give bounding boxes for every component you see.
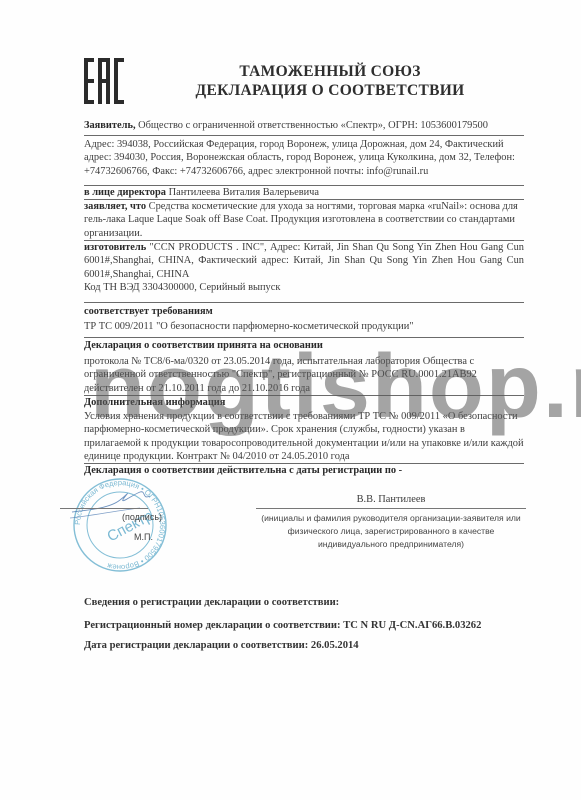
company-stamp: Российская Федерация • ОГРН1053600179500…: [70, 470, 170, 580]
divider: [84, 302, 524, 303]
divider: [84, 135, 524, 136]
registration-heading: Сведения о регистрации декларации о соот…: [84, 597, 339, 608]
requirements-row: ТР ТС 009/2011 "О безопасности парфюмерн…: [84, 320, 524, 333]
hs-code-row: Код ТН ВЭД 3304300000, Серийный выпуск: [84, 281, 524, 294]
basis-label: Декларация о соответствии принята на осн…: [84, 340, 323, 351]
address-block: Адрес: 394038, Российская Федерация, гор…: [84, 138, 524, 178]
declares-label: заявляет, что: [84, 201, 146, 212]
additional-value: Условия хранения продукции в соответстви…: [84, 411, 524, 462]
declaration-page: ТАМОЖЕННЫЙ СОЮЗ ДЕКЛАРАЦИЯ О СООТВЕТСТВИ…: [0, 0, 581, 800]
director-row: в лице директора Пантилеева Виталия Вале…: [84, 186, 524, 199]
signature-line: [60, 508, 148, 509]
basis-block: протокола № ТС8/6-ма/0320 от 23.05.2014 …: [84, 355, 524, 395]
address-value: Адрес: 394038, Российская Федерация, гор…: [84, 139, 515, 177]
requirements-label-row: соответствует требованиям: [84, 305, 524, 318]
requirements-value: ТР ТС 009/2011 "О безопасности парфюмерн…: [84, 321, 414, 332]
seal-label: М.П.: [134, 532, 153, 542]
applicant-value: Общество с ограниченной ответственностью…: [136, 120, 488, 131]
manufacturer-label: изготовитель: [84, 242, 146, 253]
additional-block: Условия хранения продукции в соответстви…: [84, 410, 524, 464]
declares-block: заявляет, что Средства косметические для…: [84, 200, 524, 240]
manufacturer-value: "CCN PRODUCTS . INC", Адрес: Китай, Jin …: [84, 242, 524, 280]
director-label: в лице директора: [84, 187, 166, 198]
director-value: Пантилеева Виталия Валерьевича: [166, 187, 319, 198]
divider: [84, 337, 524, 338]
signature-label: (подпись): [122, 512, 162, 522]
applicant-label: Заявитель,: [84, 120, 136, 131]
signatory-name: В.В. Пантилеев: [256, 494, 526, 505]
additional-label: Дополнительная информация: [84, 397, 225, 408]
signatory-line: [256, 508, 526, 509]
eac-mark-icon: [84, 58, 124, 104]
manufacturer-block: изготовитель "CCN PRODUCTS . INC", Адрес…: [84, 241, 524, 281]
signatory-note: (инициалы и фамилия руководителя организ…: [256, 512, 526, 551]
basis-label-row: Декларация о соответствии принята на осн…: [84, 339, 524, 352]
registration-number: Регистрационный номер декларации о соотв…: [84, 620, 481, 631]
basis-value: протокола № ТС8/6-ма/0320 от 23.05.2014 …: [84, 356, 477, 394]
additional-label-row: Дополнительная информация: [84, 396, 524, 409]
registration-date: Дата регистрации декларации о соответств…: [84, 640, 359, 651]
applicant-row: Заявитель, Общество с ограниченной ответ…: [84, 119, 524, 132]
title-union: ТАМОЖЕННЫЙ СОЮЗ: [180, 62, 480, 81]
declares-value: Средства косметические для ухода за ногт…: [84, 201, 518, 239]
title-declaration: ДЕКЛАРАЦИЯ О СООТВЕТСТВИИ: [180, 81, 480, 100]
hs-code-value: Код ТН ВЭД 3304300000, Серийный выпуск: [84, 282, 280, 293]
document-title: ТАМОЖЕННЫЙ СОЮЗ ДЕКЛАРАЦИЯ О СООТВЕТСТВИ…: [180, 62, 480, 100]
eac-logo: [84, 58, 124, 104]
stamp-seal-icon: Российская Федерация • ОГРН1053600179500…: [70, 470, 170, 580]
requirements-label: соответствует требованиям: [84, 306, 213, 317]
